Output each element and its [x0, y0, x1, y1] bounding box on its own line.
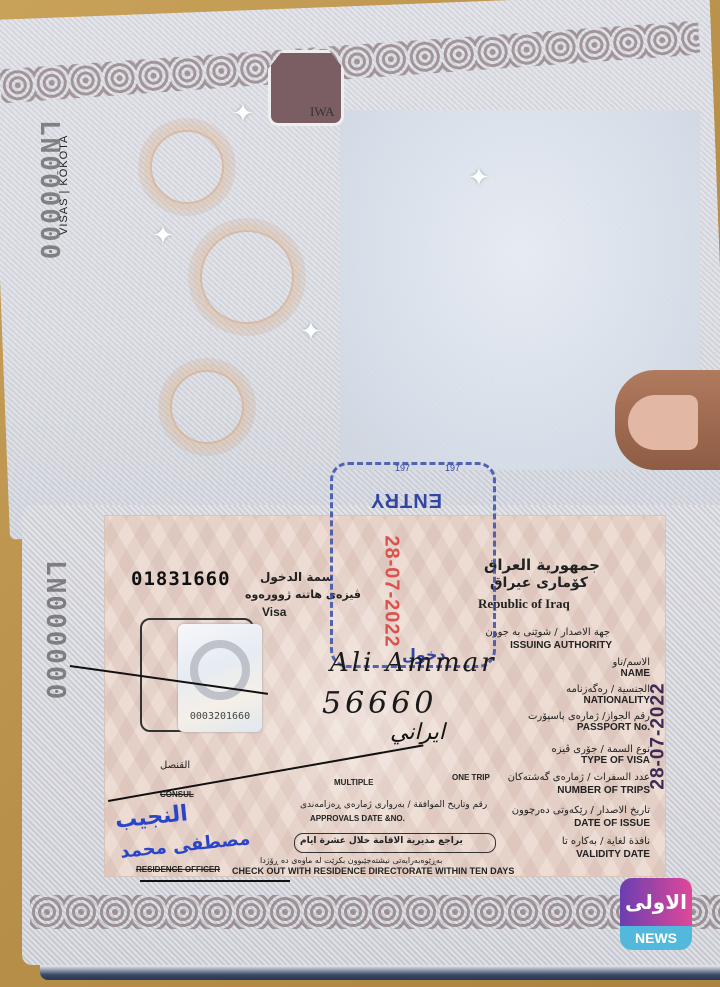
field-passport-label: PASSPORT No.	[577, 722, 650, 733]
field-nationality-label: NATIONALITY	[584, 695, 650, 706]
country-name-arabic: جمهورية العراق	[484, 556, 600, 574]
compass-rose-icon	[200, 230, 294, 324]
validity-date-stamp: 28-07-2022	[648, 682, 670, 789]
perforated-serial: LN000000	[30, 560, 70, 860]
consul-label-ar: القنصل	[160, 760, 190, 771]
approvals-label: APPROVALS DATE &NO.	[310, 814, 405, 823]
trip-option-one: ONE TRIP	[452, 773, 490, 782]
emblem-icon	[190, 640, 250, 700]
field-type-label: TYPE OF VISA	[581, 755, 650, 766]
field-nationality-ar: الجنسية / رەگەزنامە	[566, 684, 650, 695]
field-passport-ar: رقم الجواز/ ژمارەی پاسپۆرت	[528, 711, 650, 722]
checkout-notice-ar: يراجع مديرية الاقامة خلال عشرة ايام	[300, 836, 463, 846]
handwritten-nationality: ايراني	[390, 720, 445, 745]
checkout-notice: CHECK OUT WITH RESIDENCE DIRECTORATE WIT…	[232, 866, 514, 876]
entry-stamp-code: 197	[445, 463, 460, 473]
field-issue-date-label: DATE OF ISSUE	[574, 818, 650, 829]
star-icon: ✦	[152, 220, 174, 251]
field-type-ar: نوع السمة / جۆری ڤیزە	[552, 744, 650, 755]
field-issue-date-ar: تاريخ الاصدار / رێکەوتی دەرچوون	[512, 805, 650, 816]
approvals-label-ar: رقم وتاريخ الموافقة / بەرواری ژمارەی ڕەز…	[300, 800, 487, 810]
handwritten-passport-number: 56660	[322, 686, 437, 721]
field-name-ar: الاسم/ناو	[612, 657, 650, 668]
visa-number: 01831660	[131, 568, 231, 590]
field-issuing-authority-ar: جهة الاصدار / شوێنی بە جوون	[485, 627, 610, 638]
handwritten-name: Ali Ammar	[330, 648, 497, 678]
logo-brand-arabic: الاولى نيوز	[620, 878, 692, 926]
trip-option-multiple: MULTIPLE	[334, 778, 373, 787]
field-validity-label: VALIDITY DATE	[576, 849, 650, 860]
logo-brand-english: NEWS	[620, 926, 692, 950]
compass-rose-icon	[170, 370, 244, 444]
visa-title-english: Visa	[262, 605, 286, 619]
field-trips-ar: عدد السفرات / ژمارەی گەشتەکان	[508, 772, 650, 783]
news-watermark-logo: الاولى نيوز NEWS	[620, 878, 692, 950]
page-corner-word: IWA	[310, 104, 335, 120]
field-name-label: NAME	[621, 668, 650, 679]
thumbnail	[628, 395, 698, 450]
field-trips-label: NUMBER OF TRIPS	[557, 785, 650, 796]
field-issuing-authority-label: ISSUING AUTHORITY	[510, 640, 612, 651]
decorative-border-bottom	[30, 895, 720, 929]
visa-title-arabic: سمة الدخول	[260, 570, 333, 584]
compass-rose-icon	[150, 130, 224, 204]
perforated-serial: LN000000	[24, 120, 64, 440]
field-validity-ar: نافذة لغاية / بەکارە تا	[562, 836, 650, 847]
pen-stroke	[140, 880, 290, 882]
entry-stamp-date: 28-07-2022	[380, 535, 403, 647]
entry-stamp-label: ENTRY	[370, 488, 442, 511]
hologram-number: 0003201660	[180, 711, 260, 722]
star-icon: ✦	[300, 316, 322, 347]
star-icon: ✦	[468, 162, 490, 193]
residence-officer-label: RESIDENCE OFFICER	[136, 865, 220, 874]
entry-stamp-code: 197	[395, 463, 410, 473]
checkout-notice-ku: بەڕێوەبەرایەتی نیشتەجێبوون بکرێت لە ماوە…	[260, 856, 442, 865]
star-icon: ✦	[232, 98, 254, 129]
country-name-kurdish: كۆماری عیراق	[490, 575, 588, 591]
